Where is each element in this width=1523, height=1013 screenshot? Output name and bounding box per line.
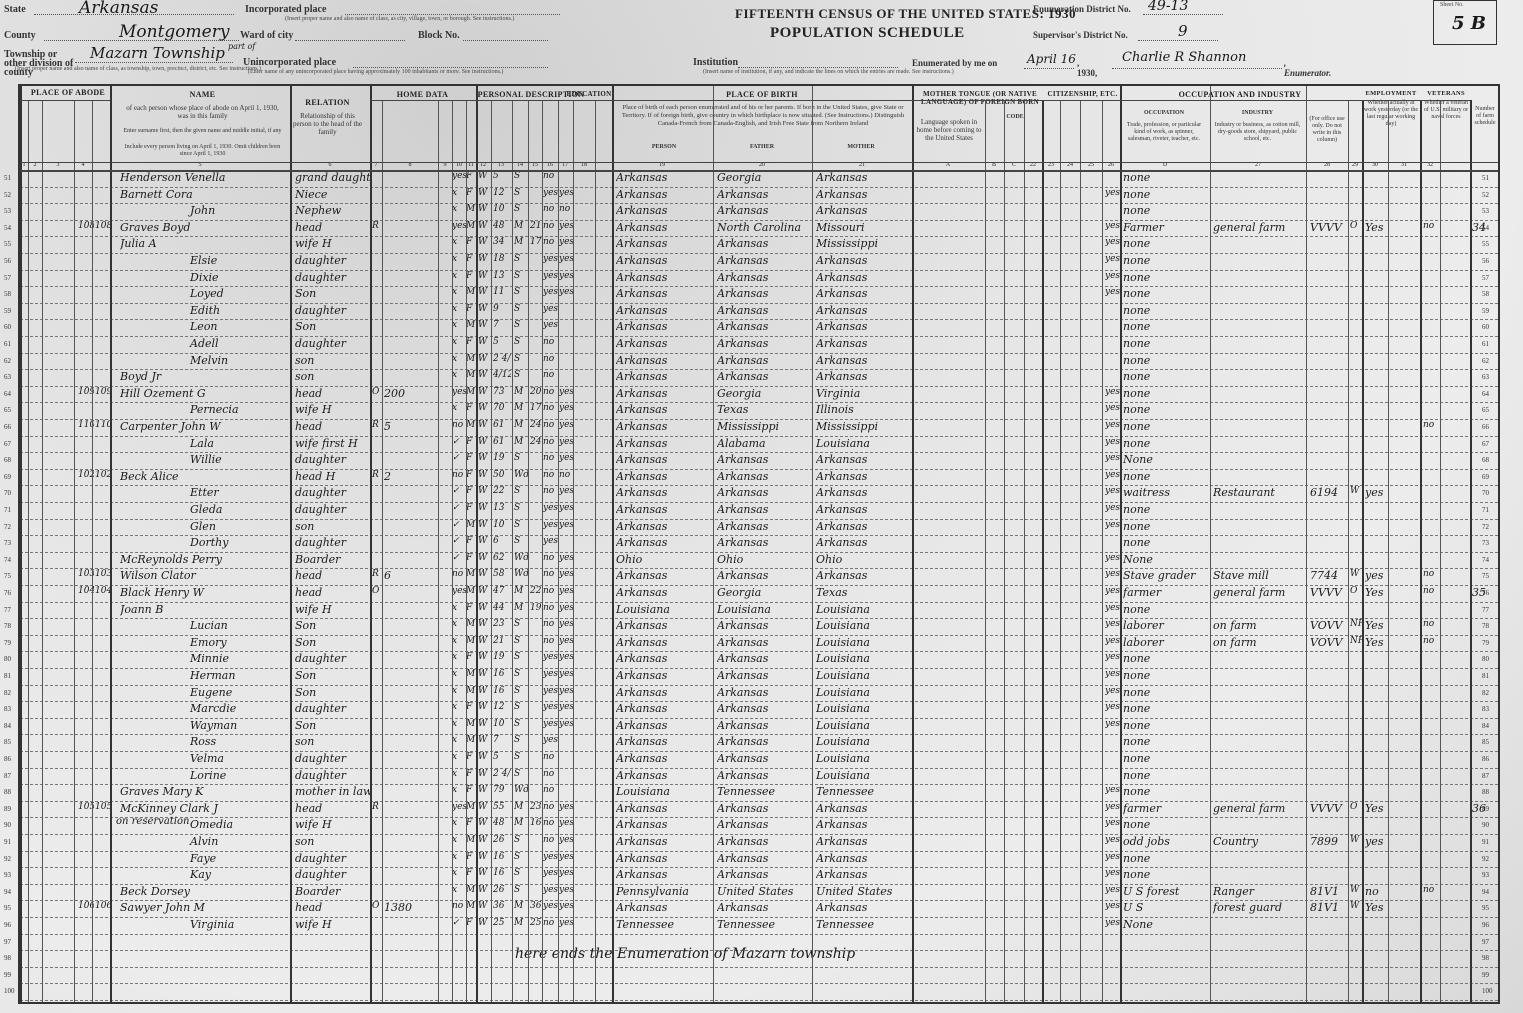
cell-name: Boyd Jr: [120, 370, 285, 383]
cell-age: 58: [493, 569, 511, 579]
cell-english: yes: [1105, 852, 1120, 862]
cell-occupation: farmer: [1123, 802, 1209, 815]
cell-english: yes: [1105, 586, 1120, 596]
table-row: 7272Glenson✓MW10SyesyesArkansasArkansasA…: [20, 519, 1498, 536]
line-number: 57: [4, 274, 11, 282]
cell-age: 16: [493, 686, 511, 696]
cell-occupation: none: [1123, 287, 1209, 300]
cell-name: Wilson Clator: [120, 569, 285, 582]
cell-age: 48: [493, 818, 511, 828]
cell-read: yes: [559, 503, 573, 513]
cell-race: W: [478, 835, 492, 845]
cell-birth: Arkansas: [616, 420, 711, 433]
cell-marital: S: [514, 536, 528, 546]
sheet-number: 5 B: [1452, 13, 1486, 34]
cell-farm: yes: [452, 387, 466, 397]
cell-marital: S: [514, 735, 528, 745]
cell-school: no: [543, 918, 558, 928]
cell-father: Arkansas: [717, 304, 811, 317]
line-number: 80: [4, 655, 11, 663]
cell-mother: Arkansas: [816, 520, 910, 533]
cell-family: 108: [95, 221, 111, 231]
cell-birth: Arkansas: [616, 636, 711, 649]
cell-name: Carpenter John W: [120, 420, 285, 433]
cell-read: yes: [559, 702, 573, 712]
cell-birth: Arkansas: [616, 437, 711, 450]
cell-farm: x: [452, 852, 466, 862]
schedule-title: POPULATION SCHEDULE: [770, 25, 965, 42]
cell-school: yes: [543, 271, 558, 281]
cell-first-marriage: 21: [530, 221, 542, 231]
cell-code: 81V1: [1310, 901, 1348, 914]
cell-marital: M: [514, 420, 528, 430]
cell-marital: S: [514, 852, 528, 862]
line-number: 96: [4, 921, 11, 929]
line-number: 74: [1482, 556, 1489, 564]
cell-relation: Son: [295, 619, 370, 632]
cell-mother: Louisiana: [816, 603, 910, 616]
cell-school: no: [543, 237, 558, 247]
cell-occupation: none: [1123, 387, 1209, 400]
cell-relation: son: [295, 354, 370, 367]
supervisor-district-field: Supervisor's District No. 9: [1033, 30, 1128, 41]
cell-relation: daughter: [295, 503, 370, 516]
cell-school: yes: [543, 885, 558, 895]
table-row: 9191AlvinsonxMW26SnoyesArkansasArkansasA…: [20, 834, 1498, 851]
cell-mother: Tennessee: [816, 918, 910, 931]
table-row: 6262MelvinsonxMW2 4/12SnoArkansasArkansa…: [20, 353, 1498, 370]
cell-marital: S: [514, 835, 528, 845]
table-row: 9595106106Sawyer John MheadO1380noMW36M3…: [20, 900, 1498, 917]
cell-school: no: [543, 354, 558, 364]
cell-class: O: [1350, 586, 1362, 596]
cell-age: 9: [493, 304, 511, 314]
table-row: 5555Julia Awife HxFW34M17noyesArkansasAr…: [20, 236, 1498, 253]
cell-age: 34: [493, 237, 511, 247]
cell-age: 25: [493, 918, 511, 928]
cell-relation: Son: [295, 669, 370, 682]
cell-race: W: [478, 221, 492, 231]
cell-relation: wife H: [295, 403, 370, 416]
cell-race: W: [478, 437, 492, 447]
cell-mother: Arkansas: [816, 536, 910, 549]
cell-work: yes: [1365, 835, 1387, 848]
cell-work: Yes: [1365, 901, 1387, 914]
table-row: 7676104104Black Henry WheadOyesMW47M22no…: [20, 585, 1498, 602]
cell-birth: Louisiana: [616, 785, 711, 798]
cell-relation: Son: [295, 636, 370, 649]
cell-farm: x: [452, 702, 466, 712]
table-row: 5353JohnNephewxMW10SnonoArkansasArkansas…: [20, 203, 1498, 220]
cell-name: McReynolds Perry: [120, 553, 285, 566]
cell-occupation: none: [1123, 719, 1209, 732]
cell-mother: Arkansas: [816, 320, 910, 333]
cell-father: Arkansas: [717, 569, 811, 582]
cell-mother: Louisiana: [816, 669, 910, 682]
cell-birth: Arkansas: [616, 901, 711, 914]
cell-english: yes: [1105, 652, 1120, 662]
cell-birth: Arkansas: [616, 818, 711, 831]
cell-race: W: [478, 669, 492, 679]
table-row: 6464109109Hill Ozement GheadO200yesMW73M…: [20, 386, 1498, 403]
cell-age: 16: [493, 852, 511, 862]
cell-name: Joann B: [120, 603, 285, 616]
cell-father: Mississippi: [717, 420, 811, 433]
cell-birth: Arkansas: [616, 370, 711, 383]
cell-birth: Arkansas: [616, 520, 711, 533]
cell-father: Arkansas: [717, 636, 811, 649]
cell-school: no: [543, 221, 558, 231]
cell-birth: Arkansas: [616, 536, 711, 549]
cell-birth: Arkansas: [616, 752, 711, 765]
cell-mother: Arkansas: [816, 254, 910, 267]
cell-relation: son: [295, 520, 370, 533]
table-row: 6161AdelldaughterxFW5SnoArkansasArkansas…: [20, 336, 1498, 353]
cell-mother: Arkansas: [816, 835, 910, 848]
cell-class: W: [1350, 885, 1362, 895]
cell-industry: general farm: [1213, 802, 1305, 815]
cell-work: Yes: [1365, 586, 1387, 599]
cell-mother: Arkansas: [816, 287, 910, 300]
cell-owned: R: [372, 221, 382, 231]
cell-marital: M: [514, 918, 528, 928]
cell-farm: x: [452, 320, 466, 330]
cell-read: yes: [559, 669, 573, 679]
cell-english: yes: [1105, 603, 1120, 613]
cell-father: North Carolina: [717, 221, 811, 234]
line-number: 55: [4, 240, 11, 248]
cell-mother: Arkansas: [816, 337, 910, 350]
cell-age: 11: [493, 287, 511, 297]
cell-father: Ohio: [717, 553, 811, 566]
cell-english: yes: [1105, 453, 1120, 463]
line-number: 69: [1482, 473, 1489, 481]
cell-english: yes: [1105, 503, 1120, 513]
cell-occupation: none: [1123, 354, 1209, 367]
cell-marital: S: [514, 287, 528, 297]
cell-mother: Arkansas: [816, 171, 910, 184]
cell-relation: wife first H: [295, 437, 370, 450]
table-row: 5454108108Graves BoydheadRyesMW48M21noye…: [20, 220, 1498, 237]
cell-race: W: [478, 586, 492, 596]
cell-english: yes: [1105, 636, 1120, 646]
cell-owned: R: [372, 569, 382, 579]
cell-owned: R: [372, 802, 382, 812]
incorporated-place-field: Incorporated place (Insert proper name a…: [245, 4, 326, 15]
cell-birth: Arkansas: [616, 171, 711, 184]
cell-vet: no: [1423, 569, 1439, 579]
cell-english: yes: [1105, 669, 1120, 679]
cell-race: W: [478, 785, 492, 795]
cell-father: United States: [717, 885, 811, 898]
cell-name: Barnett Cora: [120, 188, 285, 201]
line-number: 62: [4, 357, 11, 365]
line-number: 80: [1482, 655, 1489, 663]
line-number: 51: [4, 174, 11, 182]
cell-mother: Texas: [816, 586, 910, 599]
cell-father: Arkansas: [717, 652, 811, 665]
cell-race: W: [478, 752, 492, 762]
cell-age: 50: [493, 470, 511, 480]
cell-age: 18: [493, 254, 511, 264]
line-number: 64: [1482, 390, 1489, 398]
line-number: 72: [1482, 523, 1489, 531]
cell-race: W: [478, 569, 492, 579]
cell-read: yes: [559, 802, 573, 812]
cell-school: no: [543, 802, 558, 812]
cell-value: 200: [384, 387, 434, 400]
cell-mother: Louisiana: [816, 735, 910, 748]
line-number: 88: [4, 788, 11, 796]
cell-industry: general farm: [1213, 586, 1305, 599]
cell-race: W: [478, 868, 492, 878]
table-row: 5656ElsiedaughterxFW18SyesyesArkansasArk…: [20, 253, 1498, 270]
cell-owned: O: [372, 586, 382, 596]
cell-english: yes: [1105, 271, 1120, 281]
cell-father: Arkansas: [717, 337, 811, 350]
cell-marital: M: [514, 237, 528, 247]
line-number: 66: [1482, 423, 1489, 431]
cell-farm: x: [452, 287, 466, 297]
cell-age: 55: [493, 802, 511, 812]
cell-code: VVVV: [1310, 586, 1348, 599]
cell-marital: Wd: [514, 553, 528, 563]
cell-age: 73: [493, 387, 511, 397]
cell-vet: no: [1423, 221, 1439, 231]
table-row: 5151Henderson Venellagrand daughteryesFW…: [20, 170, 1498, 187]
cell-occupation: none: [1123, 188, 1209, 201]
cell-work: no: [1365, 885, 1387, 898]
cell-first-marriage: 16: [530, 818, 542, 828]
cell-code: 6194: [1310, 486, 1348, 499]
cell-english: yes: [1105, 918, 1120, 928]
line-number: 69: [4, 473, 11, 481]
cell-industry: general farm: [1213, 221, 1305, 234]
table-row: 9494Beck DorseyBoarderxMW26SyesyesPennsy…: [20, 884, 1498, 901]
cell-marital: M: [514, 818, 528, 828]
table-row: 8989105105McKinney Clark JheadRyesMW55M2…: [20, 801, 1498, 818]
cell-birth: Arkansas: [616, 686, 711, 699]
cell-age: 70: [493, 403, 511, 413]
line-number: 60: [1482, 323, 1489, 331]
line-number: 68: [4, 456, 11, 464]
cell-mother: Arkansas: [816, 204, 910, 217]
cell-family: 105: [95, 802, 111, 812]
cell-father: Arkansas: [717, 868, 811, 881]
cell-marital: S: [514, 520, 528, 530]
cell-english: yes: [1105, 686, 1120, 696]
cell-marital: M: [514, 603, 528, 613]
line-number: 54: [4, 224, 11, 232]
cell-read: yes: [559, 901, 573, 911]
cell-farm: x: [452, 304, 466, 314]
cell-race: W: [478, 918, 492, 928]
cell-birth: Arkansas: [616, 320, 711, 333]
cell-read: yes: [559, 553, 573, 563]
cell-race: W: [478, 818, 492, 828]
cell-occupation: none: [1123, 752, 1209, 765]
line-number: 62: [1482, 357, 1489, 365]
cell-first-marriage: 25: [530, 918, 542, 928]
line-number: 60: [4, 323, 11, 331]
cell-family: 109: [95, 387, 111, 397]
cell-mother: Arkansas: [816, 370, 910, 383]
cell-school: no: [543, 387, 558, 397]
table-row: 8585RosssonxMW7SyesArkansasArkansasLouis…: [20, 734, 1498, 751]
cell-english: yes: [1105, 237, 1120, 247]
cell-code: VOVV: [1310, 636, 1348, 649]
cell-race: W: [478, 702, 492, 712]
cell-birth: Arkansas: [616, 337, 711, 350]
cell-age: 61: [493, 420, 511, 430]
cell-birth: Louisiana: [616, 603, 711, 616]
cell-read: no: [559, 204, 573, 214]
line-number: 97: [1482, 938, 1489, 946]
table-row: 6969102102Beck Alicehead HR2noFW50Wdnono…: [20, 469, 1498, 486]
cell-birth: Arkansas: [616, 652, 711, 665]
cell-race: W: [478, 354, 492, 364]
cell-occupation: none: [1123, 337, 1209, 350]
cell-race: W: [478, 636, 492, 646]
cell-race: W: [478, 536, 492, 546]
cell-relation: daughter: [295, 254, 370, 267]
line-number: 82: [4, 689, 11, 697]
cell-birth: Arkansas: [616, 586, 711, 599]
line-number: 93: [1482, 871, 1489, 879]
cell-name: Black Henry W: [120, 586, 285, 599]
cell-relation: head: [295, 420, 370, 433]
cell-father: Arkansas: [717, 536, 811, 549]
cell-relation: head: [295, 221, 370, 234]
cell-age: 2 4/12: [493, 769, 511, 779]
cell-mother: Mississippi: [816, 420, 910, 433]
cell-occupation: none: [1123, 852, 1209, 865]
line-number: 88: [1482, 788, 1489, 796]
cell-vet: no: [1423, 586, 1439, 596]
cell-read: yes: [559, 918, 573, 928]
line-number: 81: [1482, 672, 1489, 680]
cell-father: Arkansas: [717, 188, 811, 201]
cell-school: yes: [543, 188, 558, 198]
line-number: 64: [4, 390, 11, 398]
line-number: 94: [1482, 888, 1489, 896]
table-row: 9696Virginiawife H✓FW25M25noyesTennessee…: [20, 917, 1498, 934]
cell-occupation: Farmer: [1123, 221, 1209, 234]
line-number: 68: [1482, 456, 1489, 464]
cell-relation: Son: [295, 320, 370, 333]
line-number: 95: [1482, 904, 1489, 912]
cell-occupation: waitress: [1123, 486, 1209, 499]
cell-father: Alabama: [717, 437, 811, 450]
cell-farm: ✓: [452, 437, 466, 447]
cell-farm: no: [452, 470, 466, 480]
cell-farm: yes: [452, 586, 466, 596]
cell-relation: daughter: [295, 337, 370, 350]
ward-field: Ward of city: [240, 30, 293, 41]
line-number: 91: [1482, 838, 1489, 846]
cell-father: Arkansas: [717, 287, 811, 300]
cell-occupation: odd jobs: [1123, 835, 1209, 848]
cell-farm-sched: 36: [1472, 802, 1496, 815]
cell-read: yes: [559, 619, 573, 629]
cell-english: yes: [1105, 785, 1120, 795]
cell-mother: Louisiana: [816, 702, 910, 715]
cell-class: NP: [1350, 636, 1362, 646]
table-row: 5252Barnett CoraNiecexFW12SyesyesArkansa…: [20, 187, 1498, 204]
cell-father: Arkansas: [717, 735, 811, 748]
enumerated-field: Enumerated by me on April 16 , 1930, Cha…: [912, 58, 997, 69]
cell-value: 5: [384, 420, 434, 433]
cell-age: 13: [493, 271, 511, 281]
cell-occupation: Stave grader: [1123, 569, 1209, 582]
line-number: 84: [4, 722, 11, 730]
cell-name: Beck Dorsey: [120, 885, 285, 898]
cell-relation: head: [295, 569, 370, 582]
cell-occupation: none: [1123, 470, 1209, 483]
line-number: 85: [4, 738, 11, 746]
cell-age: 62: [493, 553, 511, 563]
cell-age: 36: [493, 901, 511, 911]
cell-owned: O: [372, 387, 382, 397]
cell-first-marriage: 22: [530, 586, 542, 596]
cell-marital: S: [514, 752, 528, 762]
cell-school: no: [543, 752, 558, 762]
cell-occupation: none: [1123, 420, 1209, 433]
cell-english: yes: [1105, 702, 1120, 712]
cell-marital: S: [514, 686, 528, 696]
cell-birth: Arkansas: [616, 387, 711, 400]
cell-relation: daughter: [295, 769, 370, 782]
cell-race: W: [478, 486, 492, 496]
cell-occupation: none: [1123, 536, 1209, 549]
cell-farm: ✓: [452, 520, 466, 530]
cell-mother: Arkansas: [816, 470, 910, 483]
cell-age: 5: [493, 752, 511, 762]
cell-birth: Arkansas: [616, 669, 711, 682]
cell-relation: daughter: [295, 453, 370, 466]
cell-farm: x: [452, 254, 466, 264]
cell-birth: Arkansas: [616, 619, 711, 632]
cell-marital: S: [514, 188, 528, 198]
cell-farm: x: [452, 337, 466, 347]
cell-industry: Country: [1213, 835, 1305, 848]
cell-read: yes: [559, 719, 573, 729]
cell-english: yes: [1105, 719, 1120, 729]
cell-father: Arkansas: [717, 204, 811, 217]
line-number: 99: [4, 971, 11, 979]
cell-value: 2: [384, 470, 434, 483]
table-row: 8686VelmadaughterxFW5SnoArkansasArkansas…: [20, 751, 1498, 768]
cell-school: yes: [543, 320, 558, 330]
cell-farm: x: [452, 652, 466, 662]
line-number: 91: [4, 838, 11, 846]
cell-relation: head: [295, 901, 370, 914]
cell-race: W: [478, 852, 492, 862]
line-number: 72: [4, 523, 11, 531]
cell-father: Louisiana: [717, 603, 811, 616]
cell-relation: daughter: [295, 702, 370, 715]
cell-farm: x: [452, 686, 466, 696]
cell-school: no: [543, 636, 558, 646]
cell-family: 103: [95, 569, 111, 579]
cell-occupation: none: [1123, 652, 1209, 665]
cell-birth: Arkansas: [616, 769, 711, 782]
cell-industry: on farm: [1213, 619, 1305, 632]
cell-father: Arkansas: [717, 619, 811, 632]
cell-read: yes: [559, 221, 573, 231]
cell-farm: x: [452, 719, 466, 729]
line-number: 96: [1482, 921, 1489, 929]
